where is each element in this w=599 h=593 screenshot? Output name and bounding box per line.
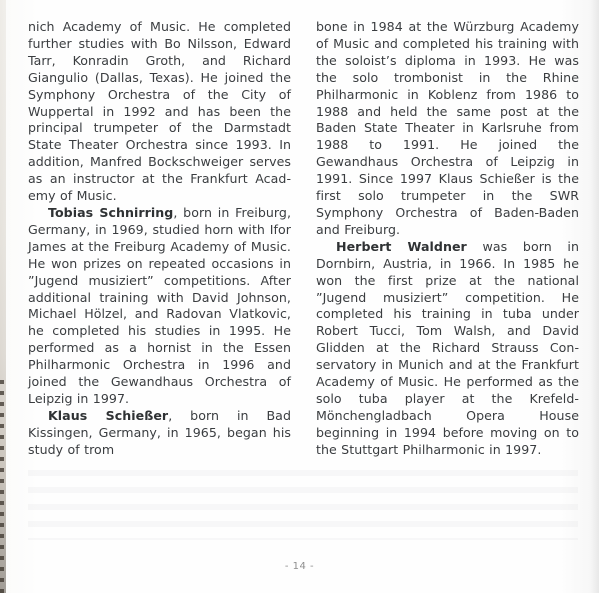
paragraph-bockschweiger-continued: nich Academy of Music. He completed fur­… <box>28 19 291 205</box>
right-text-column: bone in 1984 at the Würzburg Academy of … <box>316 19 579 459</box>
paragraph-schnirring: Tobias Schnirring, born in Freiburg, Ger… <box>28 205 291 408</box>
paragraph-text: was born in Dornbirn, Austria, in 1966. … <box>316 239 579 457</box>
paragraph-text: , born in Freiburg, Ger­many, in 1969, s… <box>28 205 291 406</box>
left-text-column: nich Academy of Music. He completed fur­… <box>28 19 291 459</box>
musician-name: Herbert Waldner <box>336 239 467 254</box>
booklet-page: nich Academy of Music. He completed fur­… <box>0 0 599 593</box>
paragraph-text: nich Academy of Music. He completed fur­… <box>28 19 291 203</box>
paragraph-schiesser-continued: bone in 1984 at the Würzburg Academy of … <box>316 19 579 239</box>
paragraph-text: bone in 1984 at the Würzburg Academy of … <box>316 19 579 237</box>
paragraph-schiesser: Klaus Schießer, born in Bad Kissingen, G… <box>28 408 291 459</box>
musician-name: Tobias Schnirring <box>48 205 173 220</box>
show-through-text <box>28 470 578 540</box>
page-number: - 14 - <box>0 561 599 572</box>
musician-name: Klaus Schießer <box>48 408 168 423</box>
paragraph-waldner: Herbert Waldner was born in Dornbirn, Au… <box>316 239 579 459</box>
